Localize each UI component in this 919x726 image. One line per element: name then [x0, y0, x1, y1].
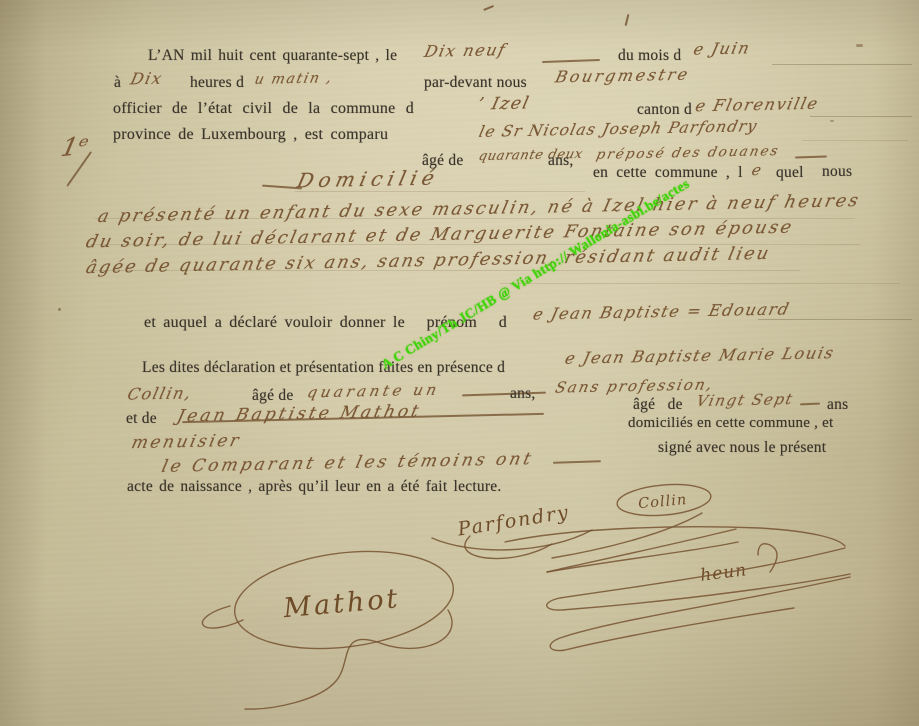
- hand-temoin2-nom: Jean Baptiste Mathot: [175, 401, 423, 426]
- hand-temoin1-nom: Collin,: [126, 383, 194, 403]
- printed-presence-line: Les dites déclaration et présentation fa…: [142, 359, 505, 377]
- printed-year-line: L’AN mil huit cent quarante-sept , le: [148, 47, 397, 65]
- hand-lequel-e: e: [750, 161, 765, 179]
- hand-profession-pere: préposé des douanes: [595, 143, 782, 163]
- ruled-line: [500, 283, 900, 284]
- hand-temoin1-age: quarante un: [306, 381, 442, 402]
- ink-speck: [856, 44, 863, 47]
- signature-flourish: [758, 544, 777, 572]
- hand-temoin1-profession: Sans profession,: [554, 375, 716, 396]
- signature-mathot: Mathot: [281, 583, 401, 624]
- printed-ans-2: ans,: [510, 385, 536, 403]
- printed-province-line: province de Luxembourg , est comparu: [113, 126, 388, 144]
- ink-speck: [483, 5, 494, 11]
- ruled-line: [295, 191, 585, 192]
- hand-hour: Dix: [129, 69, 165, 89]
- printed-age-de-2: âgé de: [252, 387, 294, 405]
- printed-signe: signé avec nous le présent: [658, 439, 826, 457]
- ruled-line: [772, 64, 912, 65]
- printed-nous: nous: [822, 163, 852, 181]
- hand-prenom: e Jean Baptiste = Edouard: [531, 299, 792, 323]
- ruled-line: [810, 116, 912, 117]
- hand-officer: Bourgmestre: [553, 65, 691, 87]
- printed-age-de-3: âgé de: [633, 396, 683, 414]
- signatures-block: Parfondry Collin Mathot heun: [0, 480, 919, 726]
- ruled-line: [802, 140, 908, 141]
- document-page: L’AN mil huit cent quarante-sept , le Di…: [0, 0, 919, 726]
- hand-canton: e Florenville: [694, 94, 821, 116]
- printed-du-mois: du mois d: [618, 47, 681, 65]
- hand-temoin2-age: Vingt Sept: [695, 390, 796, 410]
- printed-canton: canton d: [637, 101, 692, 119]
- ink-speck: [625, 14, 630, 26]
- hand-hour-period: u matin ,: [253, 70, 335, 88]
- ink-dash: [795, 155, 827, 158]
- ink-speck: [830, 120, 834, 122]
- ink-speck: [58, 308, 61, 311]
- ruled-line: [95, 218, 855, 219]
- hand-closing: le Comparant et les témoins ont: [160, 449, 536, 477]
- printed-domicilies: domiciliés en cette commune , et: [628, 415, 833, 432]
- hand-commune: ’ Izel: [476, 93, 532, 114]
- hand-temoin2-profession: menuisier: [129, 431, 242, 453]
- ink-dash: [553, 460, 601, 463]
- printed-et-de: et de: [126, 410, 157, 428]
- ruled-line: [90, 244, 860, 245]
- hand-month: e Juin: [692, 38, 753, 58]
- printed-heures-d: heures d: [190, 74, 244, 92]
- hand-day: Dix neuf: [423, 40, 509, 61]
- hand-domicilie: Domicilié: [295, 166, 442, 193]
- printed-commune-line: officier de l’état civil de la commune d: [113, 100, 414, 118]
- printed-a: à: [114, 74, 121, 92]
- signature-flourish: [245, 610, 452, 709]
- printed-ans-3: ans: [827, 396, 848, 414]
- ink-dash: [542, 59, 600, 63]
- signature-flourish: [547, 548, 850, 610]
- signature-collin: Collin: [638, 492, 688, 512]
- printed-par-devant-nous: par-devant nous: [424, 74, 527, 92]
- ruled-line: [90, 270, 800, 271]
- ruled-line: [758, 319, 912, 320]
- signature-flourish: [550, 577, 850, 651]
- hand-temoin1-prenoms: e Jean Baptiste Marie Louis: [563, 343, 837, 368]
- printed-ans: ans,: [548, 152, 574, 170]
- printed-quel: quel: [776, 164, 804, 182]
- signature-flourish: [202, 606, 243, 628]
- hand-comparant: le Sr Nicolas Joseph Parfondry: [477, 117, 759, 141]
- ink-dash: [800, 403, 820, 405]
